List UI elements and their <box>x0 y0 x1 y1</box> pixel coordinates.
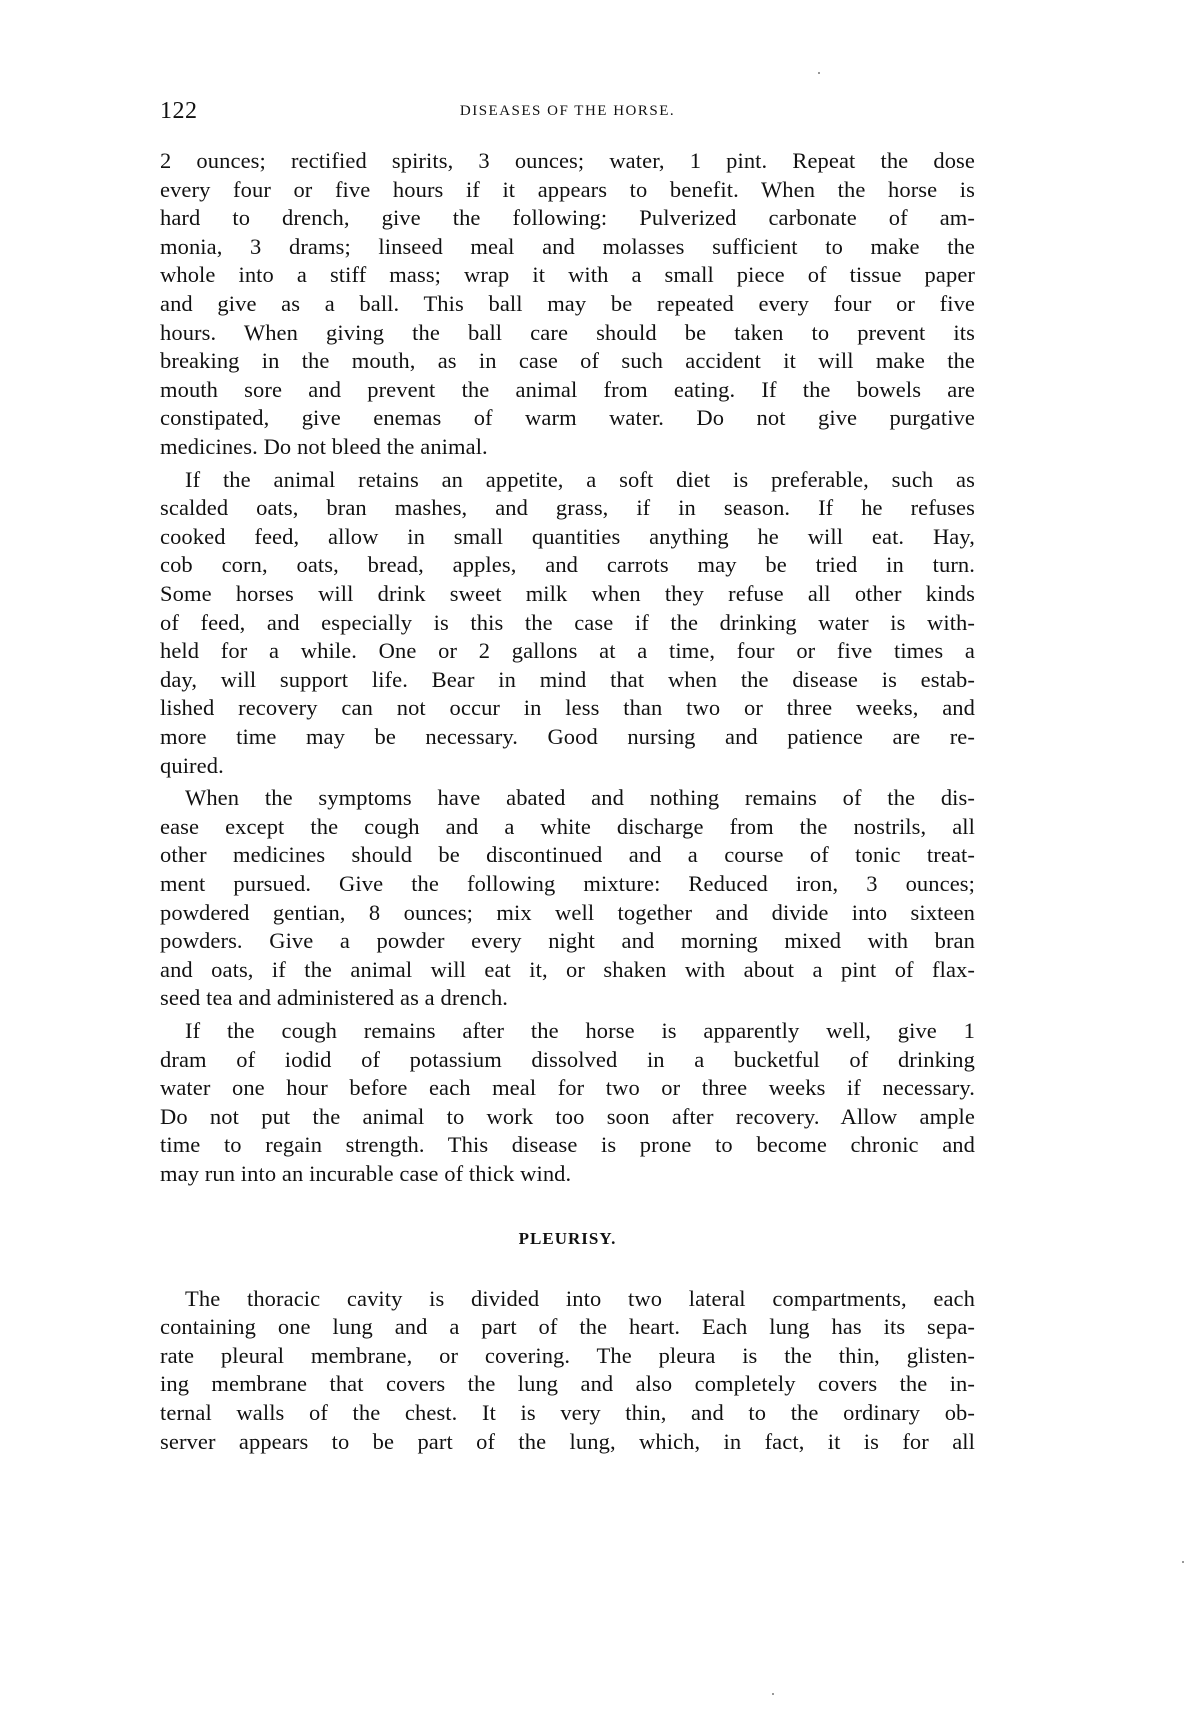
text-line: held for a while. One or 2 gallons at a … <box>160 637 975 665</box>
scan-speck <box>772 1693 774 1695</box>
text-line: hours. When giving the ball care should … <box>160 319 975 347</box>
text-line: medicines. Do not bleed the animal. <box>160 433 975 461</box>
text-line: breaking in the mouth, as in case of suc… <box>160 347 975 375</box>
text-line: constipated, give enemas of warm water. … <box>160 404 975 432</box>
text-line: monia, 3 drams; linseed meal and molasse… <box>160 233 975 261</box>
text-line: containing one lung and a part of the he… <box>160 1313 975 1341</box>
text-line: ment pursued. Give the following mixture… <box>160 870 975 898</box>
text-line: 2 ounces; rectified spirits, 3 ounces; w… <box>160 147 975 175</box>
text-line: Some horses will drink sweet milk when t… <box>160 580 975 608</box>
text-line: powdered gentian, 8 ounces; mix well tog… <box>160 899 975 927</box>
text-line: every four or five hours if it appears t… <box>160 176 975 204</box>
text-line: ease except the cough and a white discha… <box>160 813 975 841</box>
text-line: server appears to be part of the lung, w… <box>160 1428 975 1456</box>
text-line: lished recovery can not occur in less th… <box>160 694 975 722</box>
scan-speck <box>818 72 820 74</box>
text-line: When the symptoms have abated and nothin… <box>160 784 975 812</box>
text-line: seed tea and administered as a drench. <box>160 984 975 1012</box>
text-line: may run into an incurable case of thick … <box>160 1160 975 1188</box>
scan-speck <box>1182 1561 1184 1563</box>
text-line: Do not put the animal to work too soon a… <box>160 1103 975 1131</box>
text-line: whole into a stiff mass; wrap it with a … <box>160 261 975 289</box>
text-line: ing membrane that covers the lung and al… <box>160 1370 975 1398</box>
text-line: and oats, if the animal will eat it, or … <box>160 956 975 984</box>
text-line: more time may be necessary. Good nursing… <box>160 723 975 751</box>
running-head: 122 DISEASES OF THE HORSE. <box>160 98 975 128</box>
text-line: water one hour before each meal for two … <box>160 1074 975 1102</box>
text-line: If the cough remains after the horse is … <box>160 1017 975 1045</box>
text-line: powders. Give a powder every night and m… <box>160 927 975 955</box>
text-line: quired. <box>160 752 975 780</box>
text-line: day, will support life. Bear in mind tha… <box>160 666 975 694</box>
text-line: rate pleural membrane, or covering. The … <box>160 1342 975 1370</box>
text-line: of feed, and especially is this the case… <box>160 609 975 637</box>
text-line: cooked feed, allow in small quantities a… <box>160 523 975 551</box>
text-line: If the animal retains an appetite, a sof… <box>160 466 975 494</box>
text-line: time to regain strength. This disease is… <box>160 1131 975 1159</box>
section-heading-pleurisy: PLEURISY. <box>160 1229 975 1249</box>
text-line: mouth sore and prevent the animal from e… <box>160 376 975 404</box>
text-line: ternal walls of the chest. It is very th… <box>160 1399 975 1427</box>
text-line: scalded oats, bran mashes, and grass, if… <box>160 494 975 522</box>
text-line: The thoracic cavity is divided into two … <box>160 1285 975 1313</box>
text-line: and give as a ball. This ball may be rep… <box>160 290 975 318</box>
text-line: other medicines should be discontinued a… <box>160 841 975 869</box>
running-title: DISEASES OF THE HORSE. <box>160 103 975 120</box>
text-line: cob corn, oats, bread, apples, and carro… <box>160 551 975 579</box>
text-line: dram of iodid of potassium dissolved in … <box>160 1046 975 1074</box>
text-line: hard to drench, give the following: Pulv… <box>160 204 975 232</box>
